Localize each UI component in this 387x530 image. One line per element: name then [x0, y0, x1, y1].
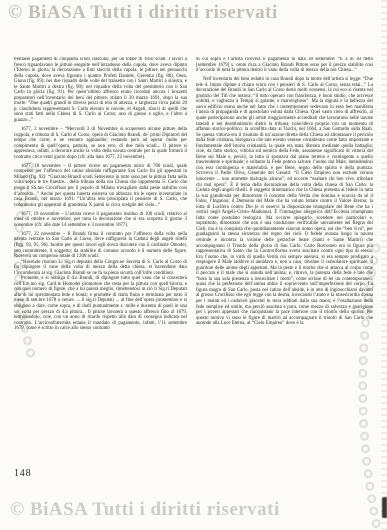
watermark-bottom: © BiASA Tutti i diritti riservati — [10, 499, 280, 521]
watermark-top: © BiASA Tutti i diritti riservati — [8, 2, 278, 24]
page-number: 148 — [14, 468, 31, 479]
paragraph-continuation: trentasei pagamenti di cinquanta scudi c… — [14, 57, 187, 124]
paragraph-contract-quote: “Havendo risoluto Li Sig.ri deputati del… — [14, 260, 187, 277]
paragraph-commentary: Nell’inventario dei beni redatto in casa… — [196, 77, 373, 327]
scanned-book-page: © BiASA Tutti i diritti riservati © BiAS… — [0, 0, 387, 530]
paragraph-entry-1677-11-03: 1677, 3 novembre – “Mercordì 3 di Novemb… — [14, 127, 187, 160]
paragraph-entry-1677-11-18: 1677, 18 novembre – Il pittore riceve un… — [14, 164, 187, 208]
scan-edge-noise — [381, 0, 387, 530]
paragraph-entry-1677-11-22: 1677, 22 novembre – Il Brandi firma il c… — [14, 232, 187, 260]
scan-smudge — [382, 497, 387, 518]
paragraph-payment: di cui sopra e l’artista riceverà il pag… — [196, 57, 373, 74]
paragraph-contract-quote-2: Promette, e si obbliga il d.o Brandi, di… — [14, 276, 187, 331]
paragraph-entry-1677-11-19: 1677, 19 novembre – L’artista riceve il … — [14, 212, 187, 229]
text-column-right: di cui sopra e l’artista riceverà il pag… — [196, 57, 373, 475]
text-column-left: trentasei pagamenti di cinquanta scudi c… — [14, 57, 187, 463]
